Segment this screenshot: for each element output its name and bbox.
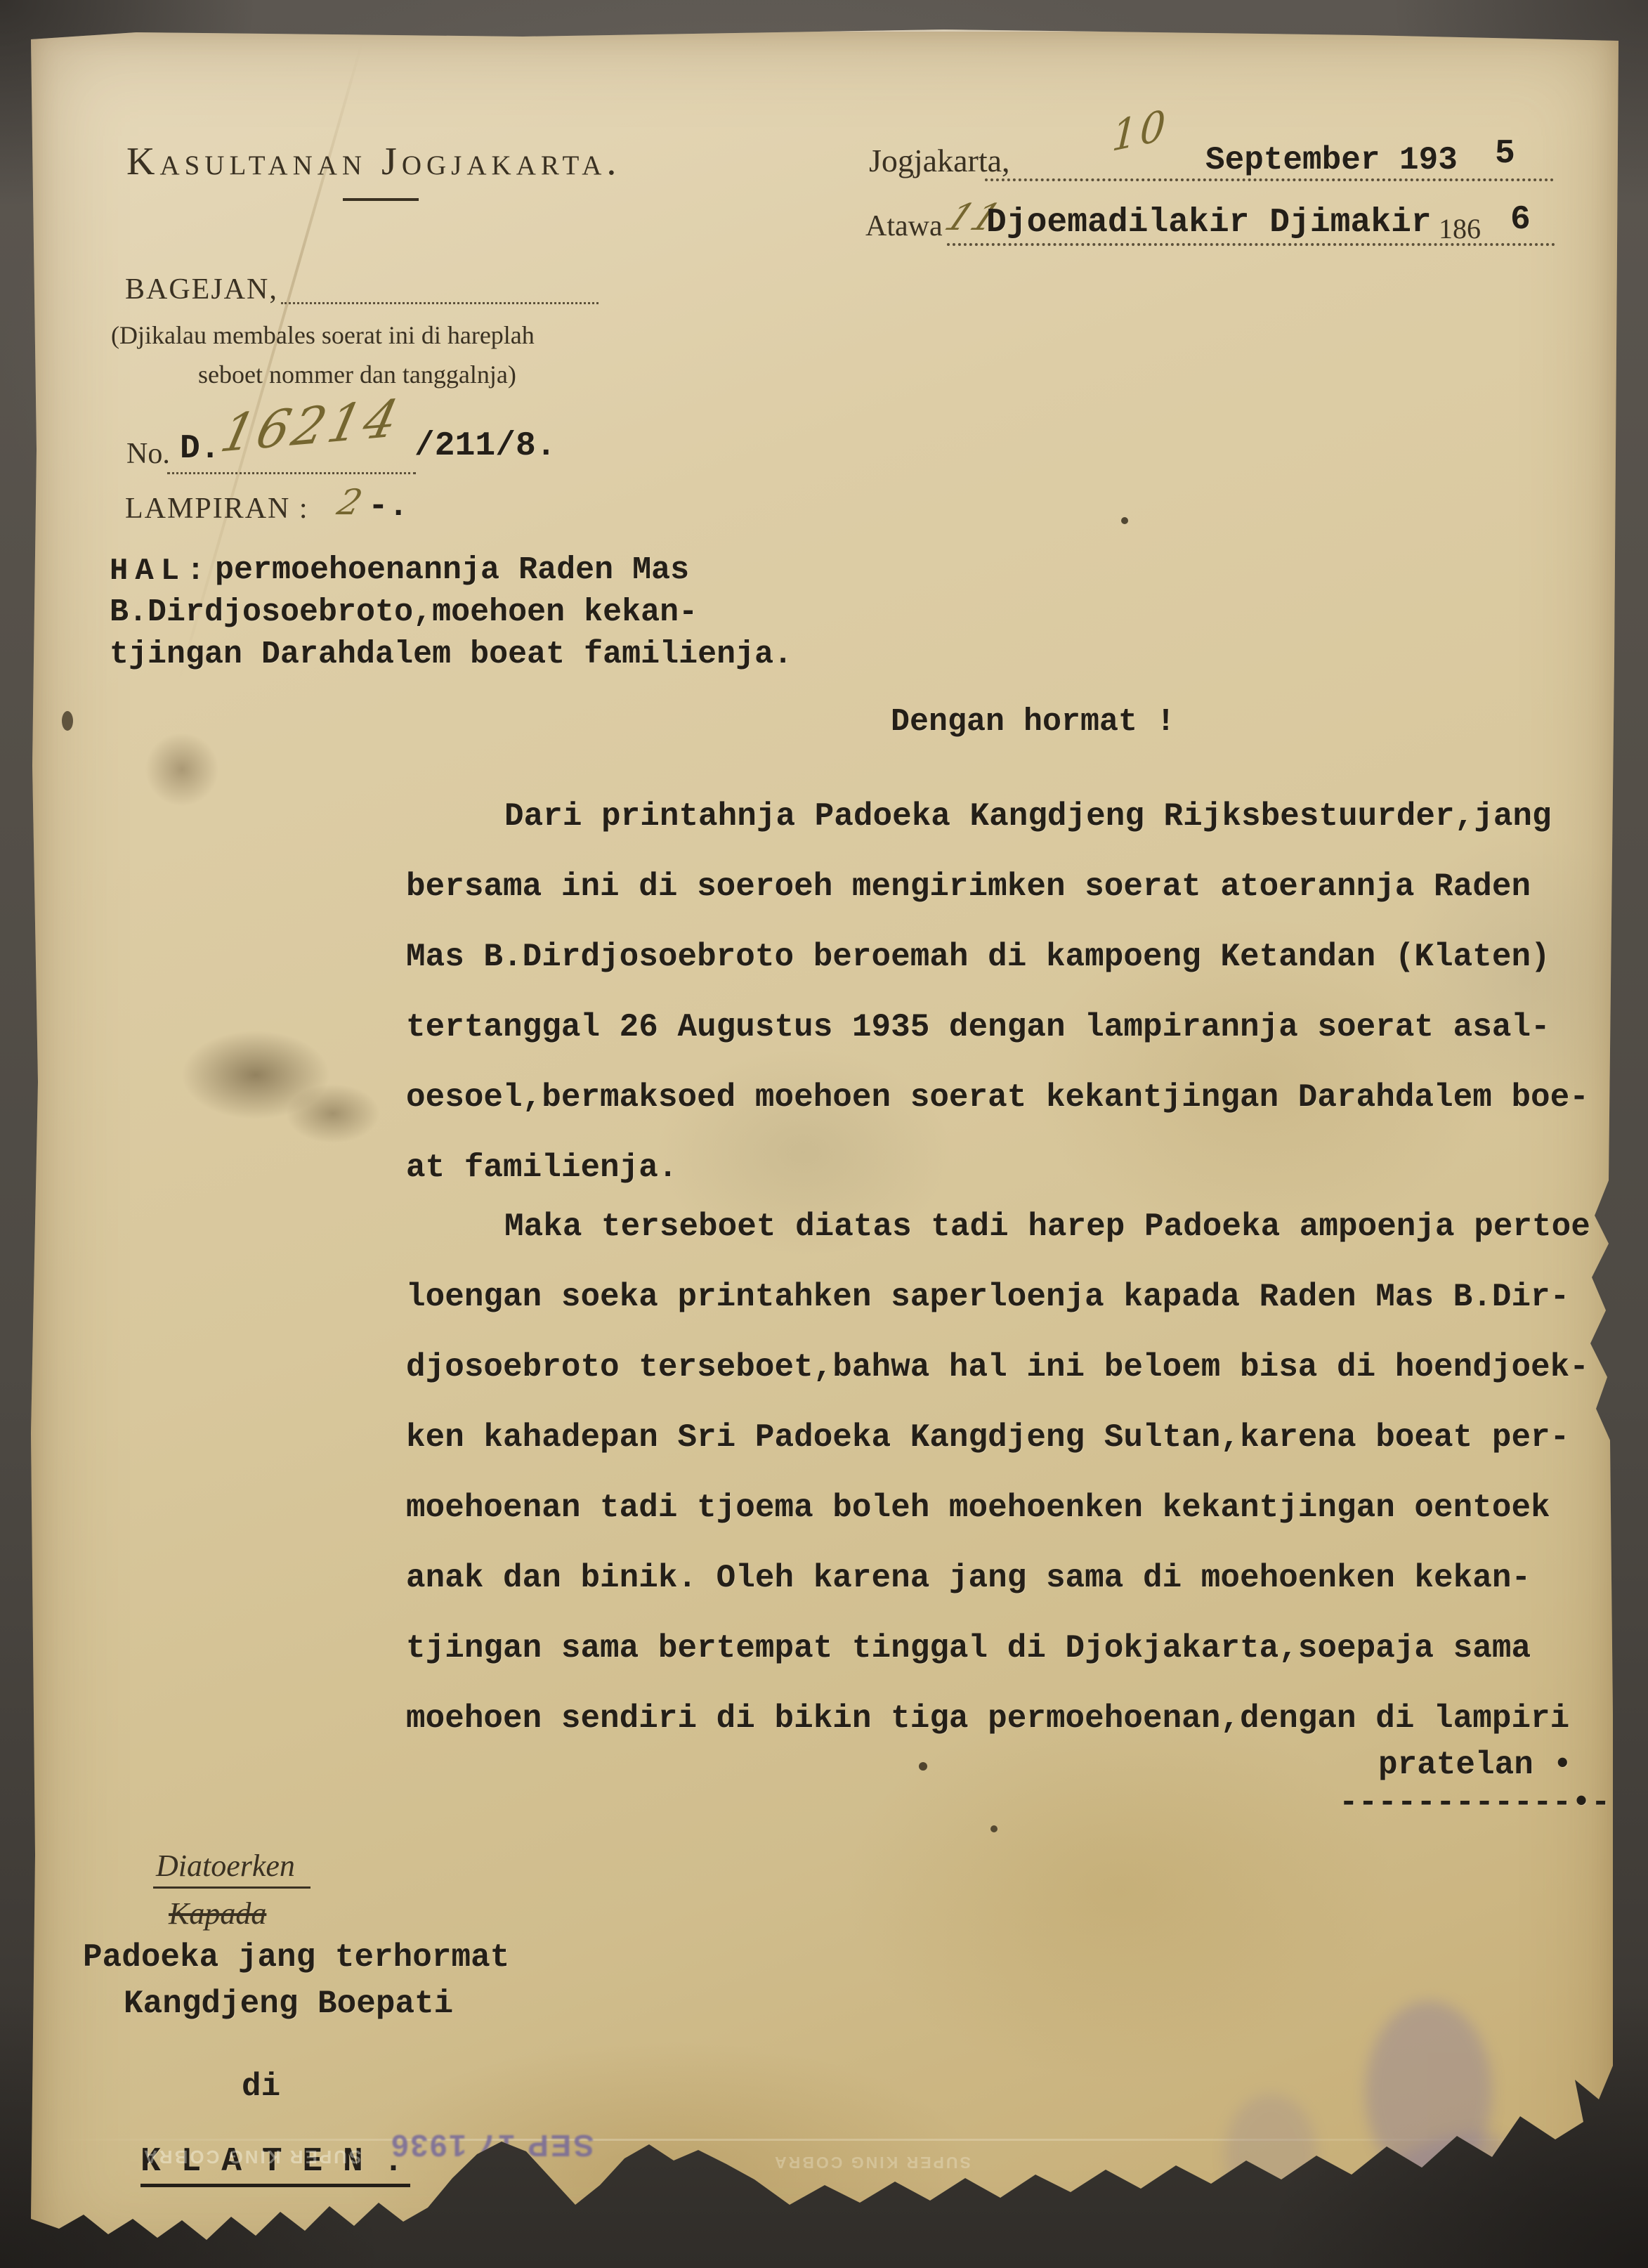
body-line: djosoebroto terseboet,bahwa hal ini belo… xyxy=(406,1349,1589,1386)
body-line: Maka terseboet diatas tadi harep Padoeka… xyxy=(504,1208,1590,1245)
photo-mount: Kasultanan Jogjakarta. Jogjakarta, 10 Se… xyxy=(0,0,1648,2268)
body-line: ken kahadepan Sri Padoeka Kangdjeng Sult… xyxy=(406,1419,1569,1456)
typed-month-year: September 193 xyxy=(1205,142,1458,178)
handwritten-lampiran-count: 2 xyxy=(333,482,366,523)
emboss-watermark: SUPER KING COBRA xyxy=(773,2153,971,2172)
paper-speck xyxy=(62,711,73,731)
routed-label: Diatoerken xyxy=(153,1848,310,1889)
body-line: tertanggal 26 Augustus 1935 dengan lampi… xyxy=(406,1009,1550,1045)
di-word: di xyxy=(242,2068,280,2105)
ink-blot xyxy=(1320,2110,1524,2267)
number-prefix: D. xyxy=(180,430,221,468)
lampiran-label: LAMPIRAN : xyxy=(125,492,309,526)
paper-speck xyxy=(919,1762,927,1771)
dash-rule: ------------•- xyxy=(1339,1785,1610,1821)
body-line: anak dan binik. Oleh karena jang sama di… xyxy=(406,1560,1531,1596)
received-date-stamp: SEP 17 1936 xyxy=(389,2127,594,2163)
number-label: No. xyxy=(126,437,170,471)
letter-paper: Kasultanan Jogjakarta. Jogjakarta, 10 Se… xyxy=(31,28,1618,2268)
org-name: Kasultanan Jogjakarta. xyxy=(126,139,621,184)
lampiran-suffix: -. xyxy=(368,488,409,526)
paper-speck xyxy=(990,1825,998,1832)
body-line: Dari printahnja Padoeka Kangdjeng Rijksb… xyxy=(504,798,1552,835)
era-digit-typed: 6 xyxy=(1510,201,1531,239)
body-line: oesoel,bermaksoed moehoen soerat kekantj… xyxy=(406,1079,1589,1116)
number-suffix: /211/8. xyxy=(414,427,556,465)
salutation: Dengan hormat ! xyxy=(891,704,1175,740)
reply-note-line2: seboet nommer dan tanggalnja) xyxy=(198,360,516,389)
addressee-line: Padoeka jang terhormat xyxy=(83,1939,509,1976)
body-line: Mas B.Dirdjosoebroto beroemah di kampoen… xyxy=(406,939,1550,975)
dotted-leader xyxy=(281,275,599,304)
body-line: at familienja. xyxy=(406,1149,677,1186)
typed-calendar: Djoemadilakir Djimakir xyxy=(986,204,1432,242)
body-line: moehoen sendiri di bikin tiga permoehoen… xyxy=(406,1700,1569,1737)
body-line: loengan soeka printahken saperloenja kap… xyxy=(406,1279,1569,1315)
body-line: tjingan sama bertempat tinggal di Djokja… xyxy=(406,1630,1531,1667)
hal-line: tjingan Darahdalem boeat familienja. xyxy=(110,637,792,672)
kapada-struck-label: Kapada xyxy=(169,1896,266,1931)
body-line: bersama ini di soeroeh mengirimken soera… xyxy=(406,868,1531,905)
paper-speck xyxy=(521,2156,531,2163)
typed-year-digit: 5 xyxy=(1495,135,1515,173)
reply-note-line1: (Djikalau membales soerat ini di harepla… xyxy=(111,320,535,350)
ink-blot xyxy=(1366,2001,1492,2184)
body-line: moehoenan tadi tjoema boleh moehoenken k… xyxy=(406,1490,1550,1526)
pratelan-word: pratelan • xyxy=(1378,1747,1572,1783)
hal-line: B.Dirdjosoebroto,moehoen kekan- xyxy=(110,594,698,630)
era-digits: 186 xyxy=(1439,212,1481,245)
paper-speck xyxy=(1121,517,1128,524)
paper-crease xyxy=(45,2139,1590,2141)
hal-line: permoehoenannja Raden Mas xyxy=(215,552,689,588)
org-rule xyxy=(343,198,419,201)
emboss-watermark: SUPER KING COBRA xyxy=(142,2146,361,2168)
ink-blot xyxy=(1225,2094,1316,2213)
hal-label: HAL: xyxy=(110,554,212,589)
bagejan-label: BAGEJAN, xyxy=(125,273,278,306)
addressee-line: Kangdjeng Boepati xyxy=(124,1986,453,2022)
place-label: Jogjakarta, xyxy=(869,142,1010,179)
atawa-label: Atawa xyxy=(865,209,943,243)
